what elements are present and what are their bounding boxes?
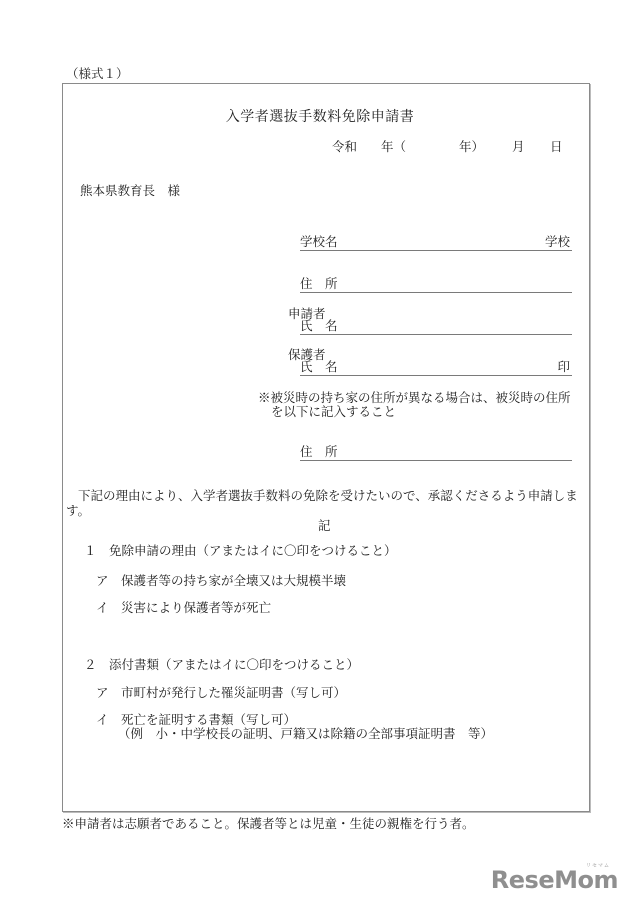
address-label: 住 所 [300,276,338,291]
section2-item-b: イ 死亡を証明する書類（写し可） [96,712,296,727]
applicant-name-label: 氏 名 [300,318,338,333]
date-year-label: 年（ [381,139,406,154]
address-field[interactable]: 住 所 [300,276,572,293]
section1-item-b: イ 災害により保護者等が死亡 [96,600,271,615]
resemom-logo: ReseMom リセマム [491,866,618,894]
section1-item-a: ア 保護者等の持ち家が全壊又は大規模半壊 [96,573,346,588]
seal-mark: 印 [557,359,570,374]
footnote: ※申請者は志願者であること。保護者等とは児童・生徒の親権を行う者。 [62,816,475,831]
addressee: 熊本県教育長 様 [80,183,180,198]
school-name-label: 学校名 [300,234,338,249]
ki-heading: 記 [318,518,331,533]
request-text: 下記の理由により、入学者選抜手数料の免除を受けたいので、承認くださるよう申請しま… [66,488,588,518]
section2-heading: ２ 添付書類（アまたはイに〇印をつけること） [84,657,359,672]
guardian-name-field[interactable]: 氏 名 印 [300,359,572,376]
school-name-field[interactable]: 学校名 学校 [300,234,572,251]
date-year-close: 年） [459,139,484,154]
applicant-name-field[interactable]: 氏 名 [300,318,572,335]
date-day: 日 [550,139,563,154]
document-title: 入学者選抜手数料免除申請書 [0,108,640,126]
disaster-note-line1: ※被災時の持ち家の住所が異なる場合は、被災時の住所 [258,390,571,405]
disaster-address-field[interactable]: 住 所 [300,444,572,461]
disaster-note-line2: を以下に記入すること [271,404,396,419]
date-era: 令和 [332,139,357,154]
logo-text: ReseMom [491,866,618,894]
guardian-name-label: 氏 名 [300,359,338,374]
logo-ruby: リセマム [586,862,610,869]
section2-example: （例 小・中学校長の証明、戸籍又は除籍の全部事項証明書 等） [118,726,493,741]
section2-item-a: ア 市町村が発行した罹災証明書（写し可） [96,685,346,700]
school-suffix: 学校 [545,234,570,249]
form-number-label: （様式１） [66,66,129,81]
date-month: 月 [512,139,525,154]
disaster-address-label: 住 所 [300,444,338,459]
section1-heading: １ 免除申請の理由（アまたはイに〇印をつけること） [84,543,397,558]
